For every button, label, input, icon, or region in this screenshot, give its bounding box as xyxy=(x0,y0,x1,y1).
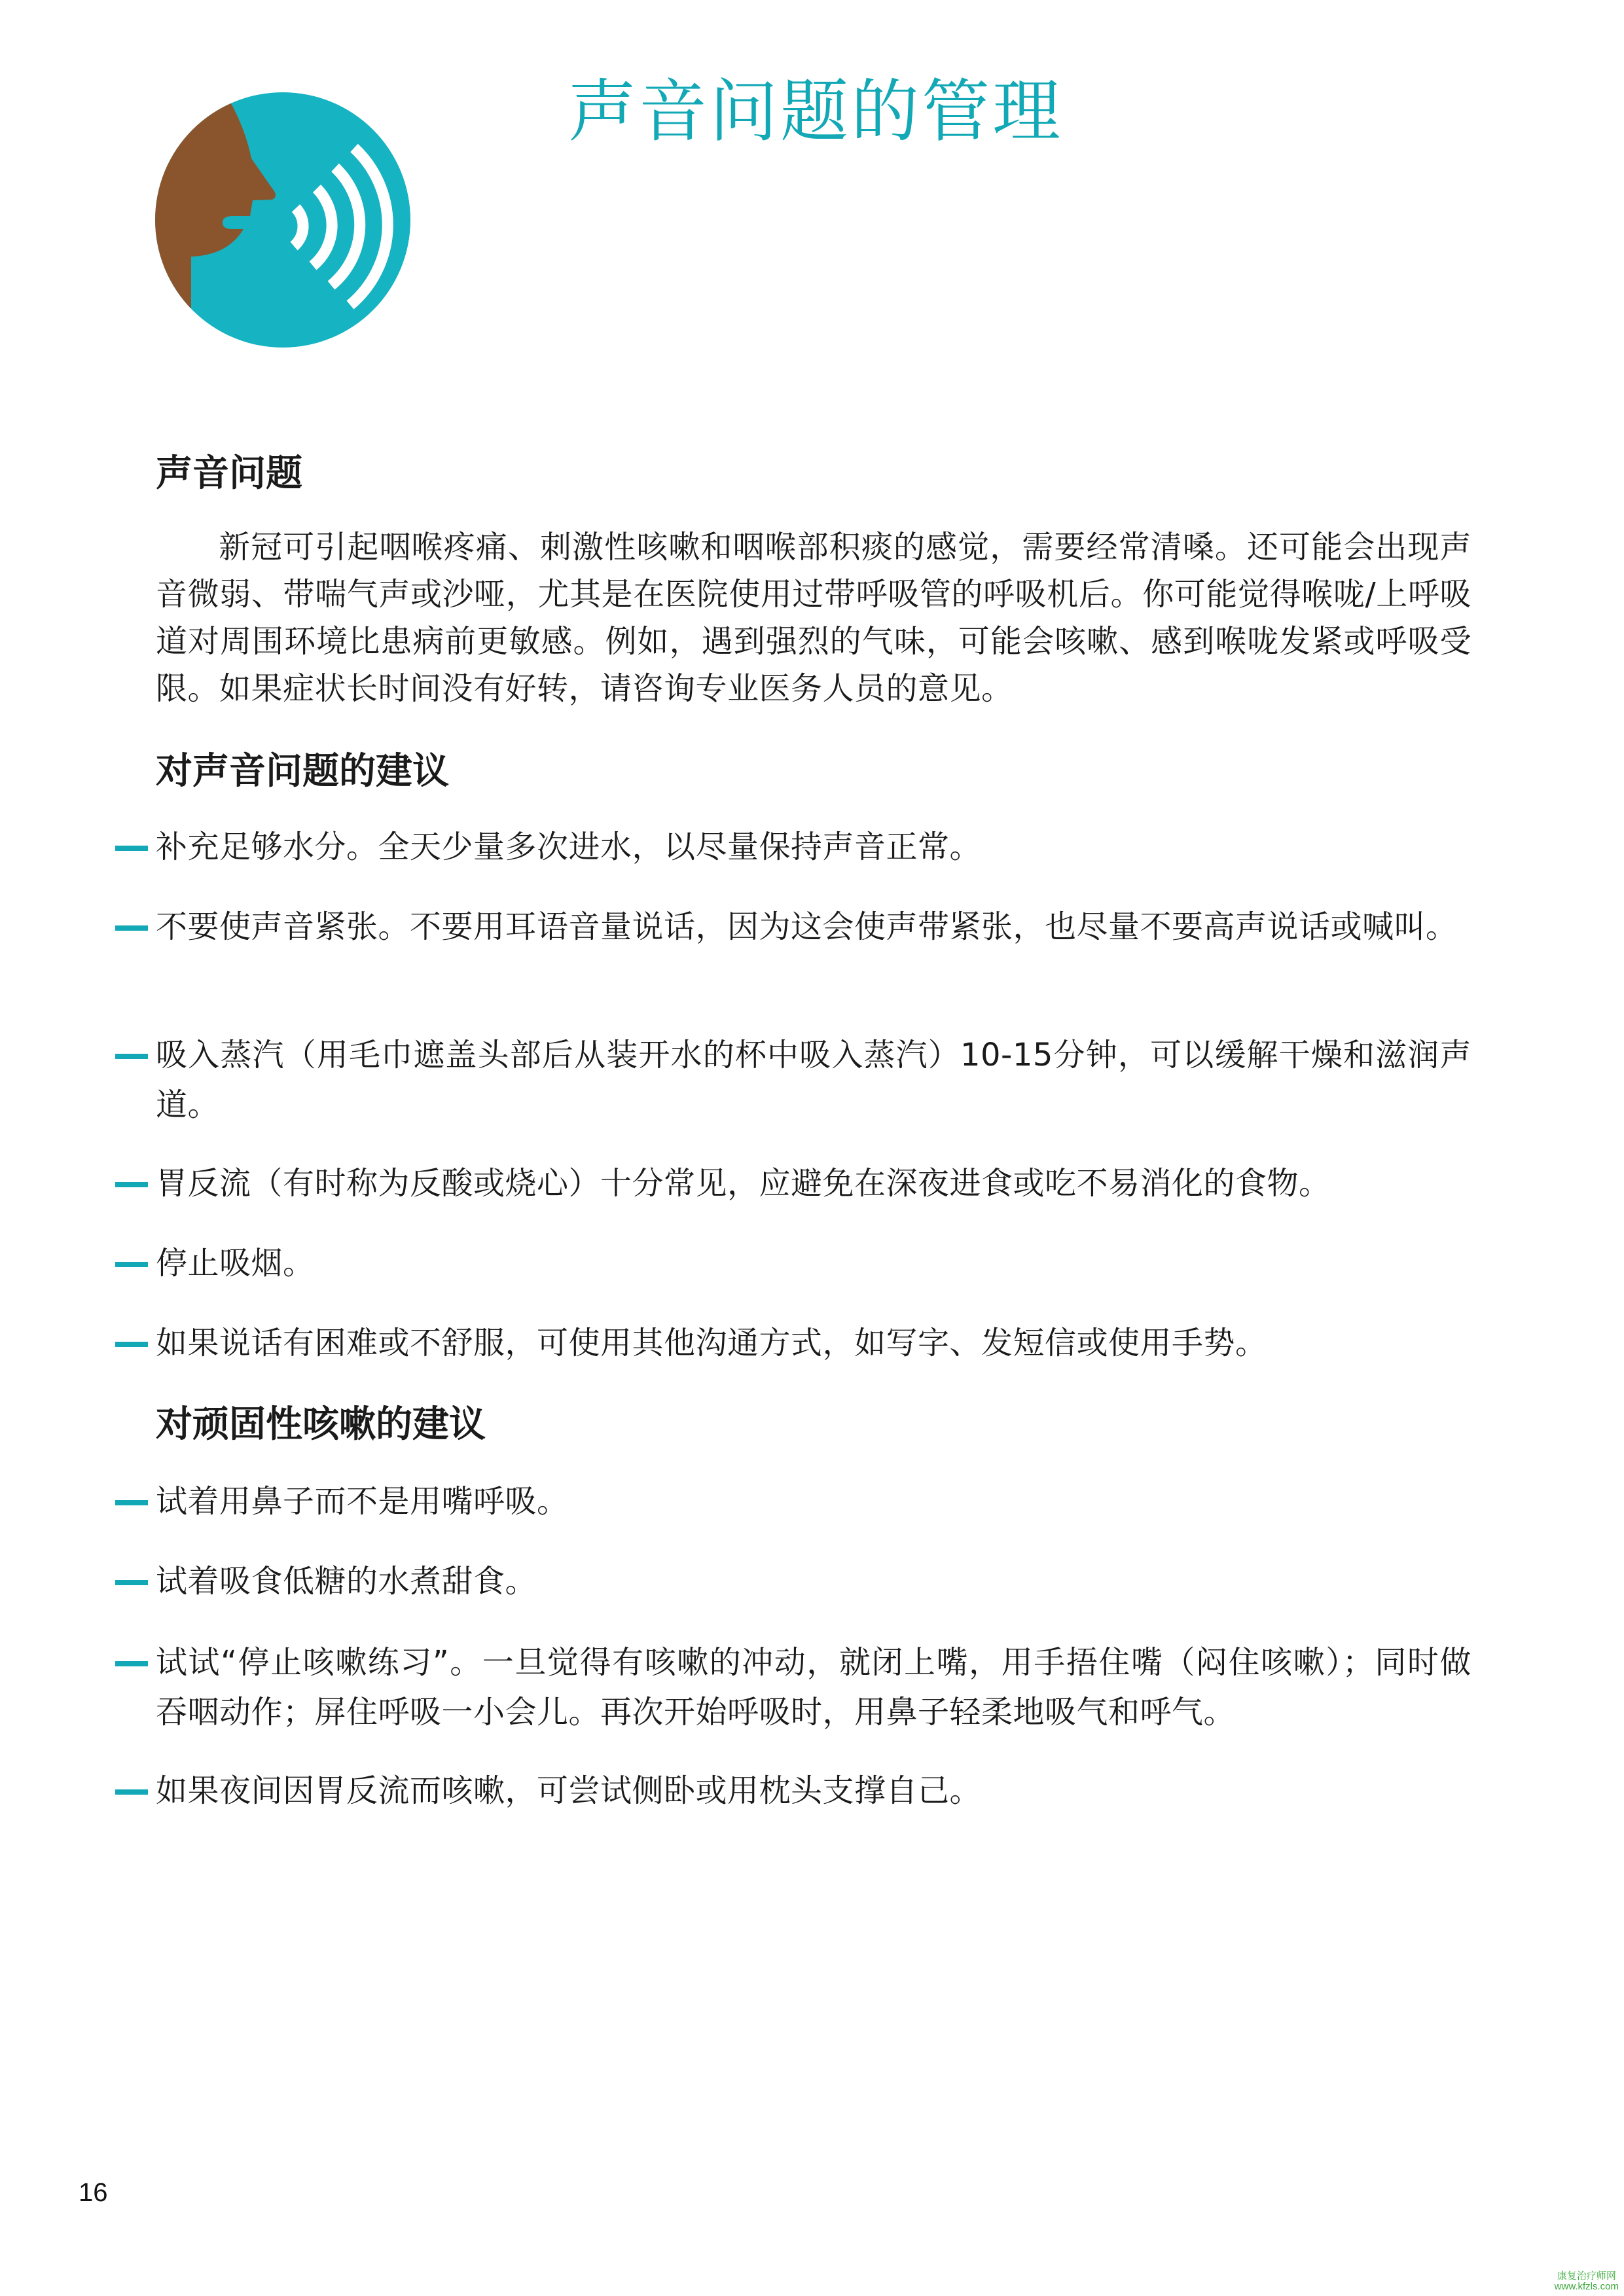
voice-problems-paragraph: 新冠可引起咽喉疼痛、刺激性咳嗽和咽喉部积痰的感觉，需要经常清嗓。还可能会出现声音… xyxy=(156,524,1471,712)
list-item-text: 试试“停止咳嗽练习”。一旦觉得有咳嗽的冲动，就闭上嘴，用手捂住嘴（闷住咳嗽）；同… xyxy=(156,1638,1471,1737)
dash-bullet-icon xyxy=(115,1054,148,1059)
dash-bullet-icon xyxy=(115,1580,148,1585)
list-item-text: 如果夜间因胃反流而咳嗽，可尝试侧卧或用枕头支撑自己。 xyxy=(156,1766,1471,1816)
dash-bullet-icon xyxy=(115,1661,148,1666)
list-item-text: 停止吸烟。 xyxy=(156,1238,1471,1288)
list-item-text: 补充足够水分。全天少量多次进水，以尽量保持声音正常。 xyxy=(156,822,1471,872)
list-item: 补充足够水分。全天少量多次进水，以尽量保持声音正常。 xyxy=(115,822,1471,872)
dash-bullet-icon xyxy=(115,1342,148,1347)
dash-bullet-icon xyxy=(115,925,148,931)
section-heading-voice-problems: 声音问题 xyxy=(156,452,302,495)
list-item: 胃反流（有时称为反酸或烧心）十分常见，应避免在深夜进食或吃不易消化的食物。 xyxy=(115,1158,1471,1208)
list-item: 不要使声音紧张。不要用耳语音量说话，因为这会使声带紧张，也尽量不要高声说话或喊叫… xyxy=(115,902,1471,952)
list-item: 如果夜间因胃反流而咳嗽，可尝试侧卧或用枕头支撑自己。 xyxy=(115,1766,1471,1816)
list-item-text: 胃反流（有时称为反酸或烧心）十分常见，应避免在深夜进食或吃不易消化的食物。 xyxy=(156,1158,1471,1208)
dash-bullet-icon xyxy=(115,1500,148,1505)
list-item-text: 如果说话有困难或不舒服，可使用其他沟通方式，如写字、发短信或使用手势。 xyxy=(156,1318,1471,1368)
watermark: 康复治疗师网 www.kfzls.com xyxy=(1555,2271,1619,2292)
list-item: 如果说话有困难或不舒服，可使用其他沟通方式，如写字、发短信或使用手势。 xyxy=(115,1318,1471,1368)
list-item-text: 试着用鼻子而不是用嘴呼吸。 xyxy=(156,1477,1471,1526)
dash-bullet-icon xyxy=(115,846,148,851)
watermark-url: www.kfzls.com xyxy=(1555,2282,1619,2292)
list-item: 试着用鼻子而不是用嘴呼吸。 xyxy=(115,1477,1471,1526)
dash-bullet-icon xyxy=(115,1182,148,1187)
section-heading-cough-advice: 对顽固性咳嗽的建议 xyxy=(156,1403,486,1446)
list-item-text: 试着吸食低糖的水煮甜食。 xyxy=(156,1556,1471,1606)
dash-bullet-icon xyxy=(115,1789,148,1795)
dash-bullet-icon xyxy=(115,1262,148,1267)
list-item: 停止吸烟。 xyxy=(115,1238,1471,1288)
section-heading-voice-advice: 对声音问题的建议 xyxy=(156,749,449,793)
speaking-head-icon xyxy=(154,92,411,348)
watermark-site-name: 康复治疗师网 xyxy=(1555,2271,1619,2282)
list-item-text: 吸入蒸汽（用毛巾遮盖头部后从装开水的杯中吸入蒸汽）10-15分钟，可以缓解干燥和… xyxy=(156,1030,1471,1130)
list-item: 试着吸食低糖的水煮甜食。 xyxy=(115,1556,1471,1606)
page-number: 16 xyxy=(79,2178,108,2208)
list-item-text: 不要使声音紧张。不要用耳语音量说话，因为这会使声带紧张，也尽量不要高声说话或喊叫… xyxy=(156,902,1471,952)
list-item: 吸入蒸汽（用毛巾遮盖头部后从装开水的杯中吸入蒸汽）10-15分钟，可以缓解干燥和… xyxy=(115,1030,1471,1130)
page-title: 声音问题的管理 xyxy=(568,71,1063,152)
list-item: 试试“停止咳嗽练习”。一旦觉得有咳嗽的冲动，就闭上嘴，用手捂住嘴（闷住咳嗽）；同… xyxy=(115,1638,1471,1737)
